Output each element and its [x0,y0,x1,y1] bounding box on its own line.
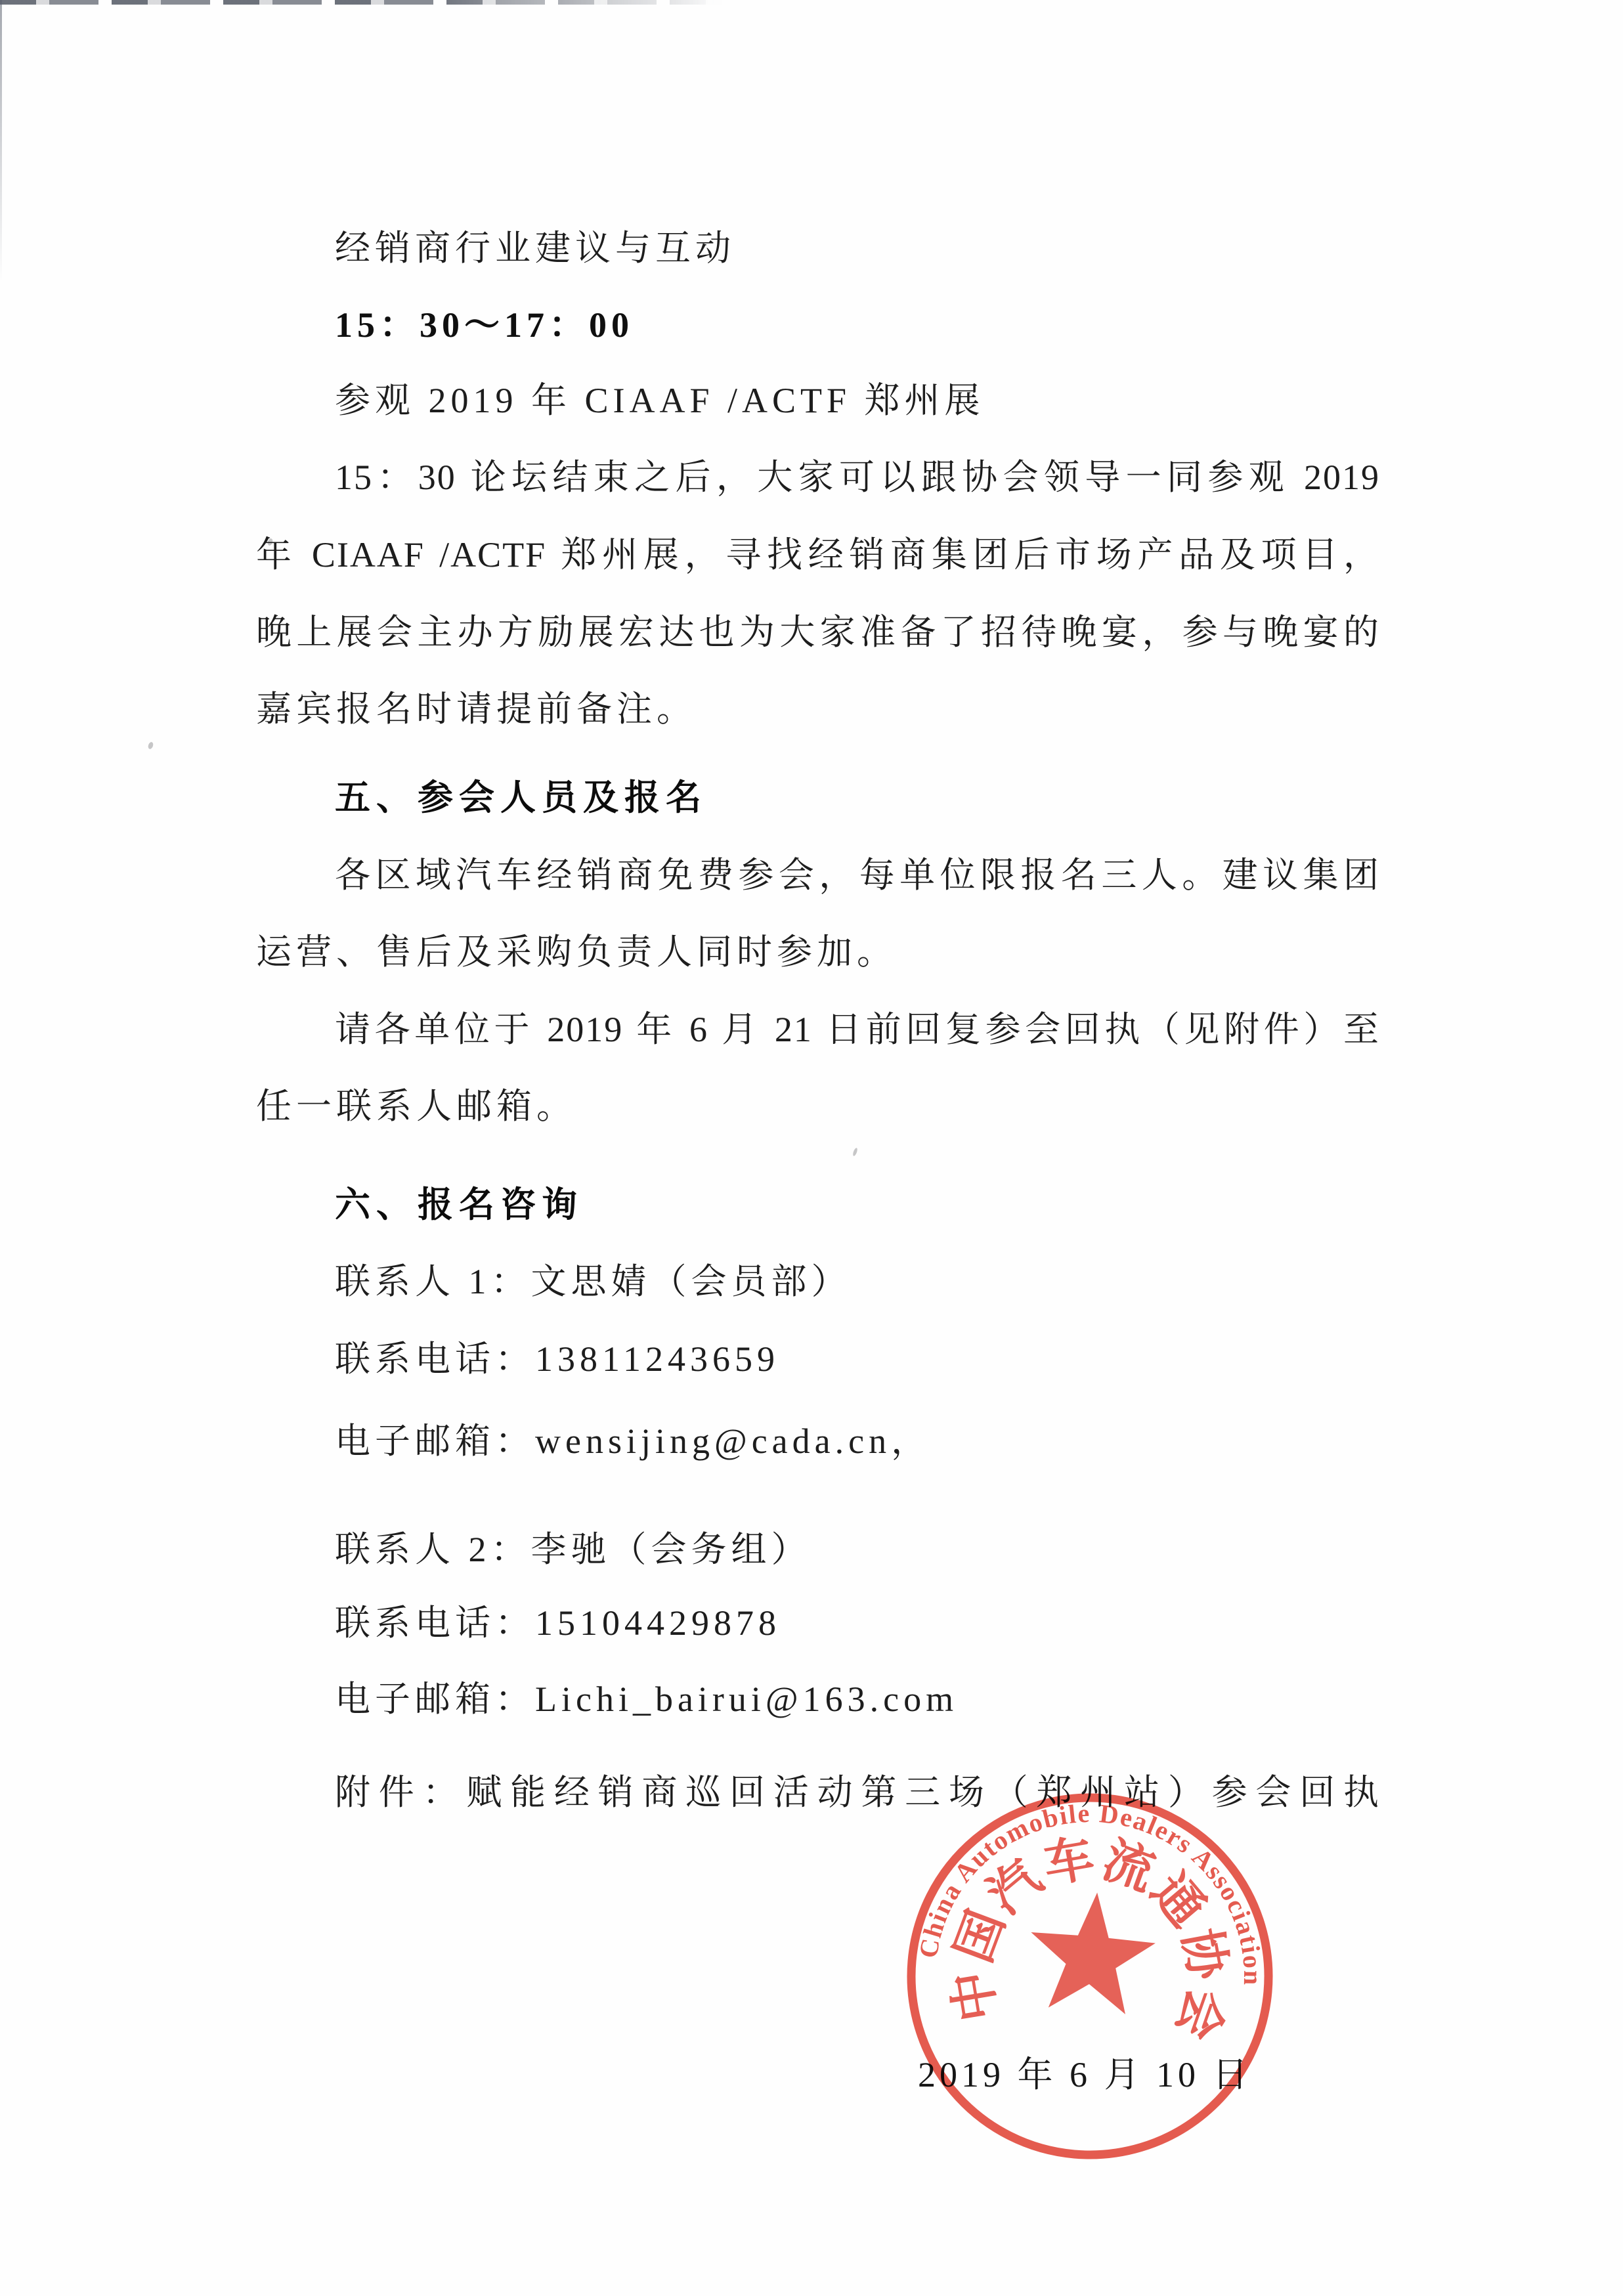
official-seal-stamp: China Automobile Dealers Association 中国汽… [886,1773,1293,2180]
agenda-time-range: 15：30～17：00 [256,300,1380,350]
section-five-paragraph-line: 请各单位于 2019 年 6 月 21 日前回复参会回执（见附件）至 [256,1005,1380,1054]
contact1-email: 电子邮箱：wensijing@cada.cn， [256,1416,1380,1466]
agenda-visit-title: 参观 2019 年 CIAAF /ACTF 郑州展 [256,376,1380,425]
section-five-paragraph-line: 各区域汽车经销商免费参会，每单位限报名三人。建议集团 [256,850,1380,900]
contact1-name: 联系人 1：文思婧（会员部） [256,1257,1380,1307]
scan-speck [147,741,154,750]
visit-paragraph-line: 15：30 论坛结束之后，大家可以跟协会领导一同参观 2019 [256,452,1380,502]
visit-paragraph-line: 嘉宾报名时请提前备注。 [256,684,1380,734]
visit-paragraph-line: 晚上展会主办方励展宏达也为大家准备了招待晚宴，参与晚宴的 [256,607,1380,657]
contact1-phone: 联系电话：13811243659 [256,1334,1380,1384]
contact2-email: 电子邮箱：Lichi_bairui@163.com [256,1674,1380,1724]
section-five-paragraph-line: 任一联系人邮箱。 [256,1081,1380,1131]
agenda-topic-line: 经销商行业建议与互动 [256,223,1380,273]
document-page: 经销商行业建议与互动 15：30～17：00 参观 2019 年 CIAAF /… [0,0,1623,2296]
contact2-name: 联系人 2：李驰（会务组） [256,1525,1380,1574]
star-icon [1025,1887,1159,2016]
visit-paragraph-line: 年 CIAAF /ACTF 郑州展，寻找经销商集团后市场产品及项目， [256,530,1380,580]
scan-edge-artifact-left [0,0,2,282]
section-six-heading: 六、报名咨询 [256,1180,1380,1230]
contact2-phone: 联系电话：15104429878 [256,1598,1380,1648]
section-five-paragraph-line: 运营、售后及采购负责人同时参加。 [256,927,1380,977]
scan-speck [852,1148,858,1157]
section-five-heading: 五、参会人员及报名 [256,773,1380,823]
scan-edge-artifact-top [0,0,722,5]
